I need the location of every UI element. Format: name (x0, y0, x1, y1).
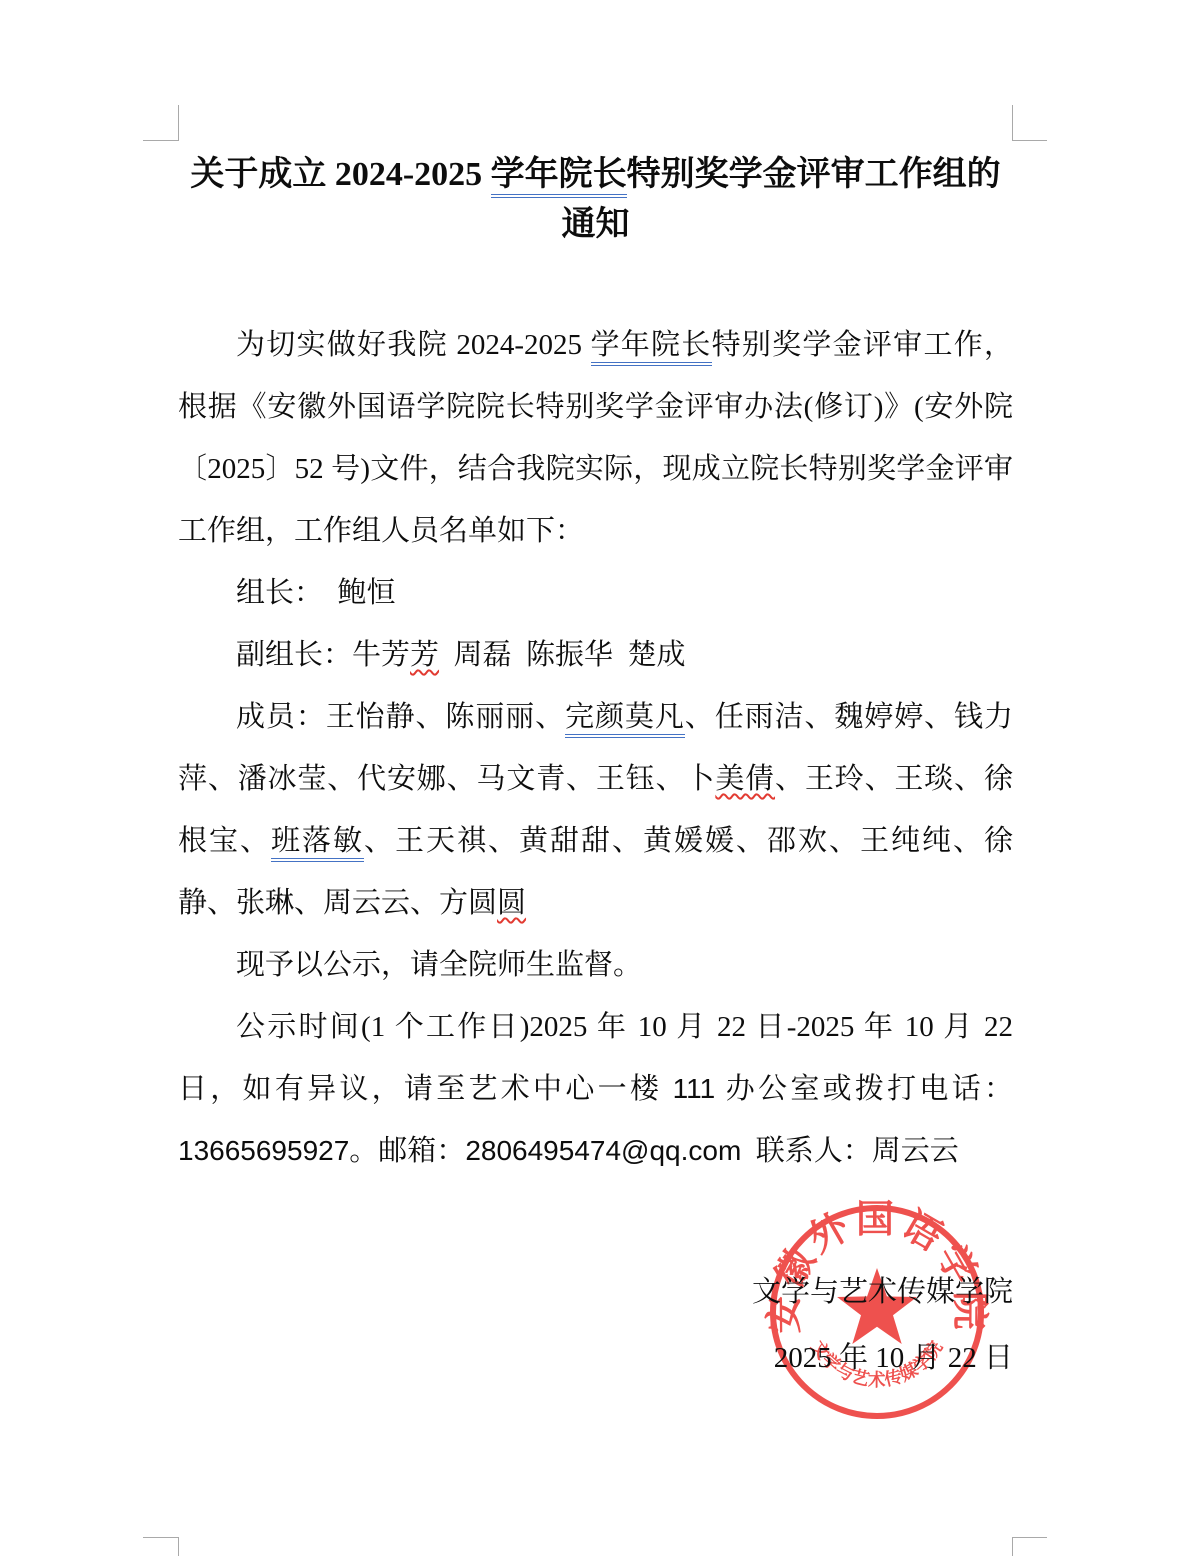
text-run: 办公室或拨打电话： (715, 1073, 1013, 1105)
signature-block: 文学与艺术传媒学院 2025 年 10 月 22 日 (752, 1259, 1013, 1391)
document-content: 关于成立 2024-2025 学年院长特别奖学金评审工作组的通知 为切实做好我院… (178, 150, 1013, 1182)
document-page: 关于成立 2024-2025 学年院长特别奖学金评审工作组的通知 为切实做好我院… (0, 0, 1183, 1556)
grammar-underlined-text: 学年院长 (491, 156, 627, 198)
signature-date: 2025 年 10 月 22 日 (752, 1325, 1013, 1391)
text-run: 为切实做好我院 2024-2025 (236, 329, 591, 361)
document-title: 关于成立 2024-2025 学年院长特别奖学金评审工作组的通知 (178, 150, 1013, 250)
text-run: 周磊 陈振华 楚成 (439, 639, 686, 671)
spellcheck-underlined-text: 圆 (497, 887, 526, 919)
crop-mark-top-left (143, 105, 179, 141)
grammar-underlined-text: 学年院长 (591, 329, 712, 366)
crop-mark-bottom-left (143, 1537, 179, 1556)
text-run: 组长： 鲍恒 (236, 577, 396, 609)
sans-number-text: 13665695927 (178, 1135, 349, 1166)
para-publicity: 现予以公示，请全院师生监督。 (178, 934, 1013, 996)
crop-mark-bottom-right (1012, 1537, 1047, 1556)
text-run: 特别奖学金评审工作组的通知 (562, 156, 1001, 243)
document-paragraphs: 为切实做好我院 2024-2025 学年院长特别奖学金评审工作，根据《安徽外国语… (178, 314, 1013, 1182)
para-group-leader: 组长： 鲍恒 (178, 562, 1013, 624)
text-run: 关于成立 2024-2025 (190, 156, 490, 193)
crop-mark-top-right (1012, 105, 1047, 141)
text-run: 成员：王怡静、陈丽丽、 (236, 701, 565, 733)
grammar-underlined-text: 完颜莫凡 (565, 701, 685, 738)
grammar-underlined-text: 班落敏 (271, 825, 364, 862)
text-run: 副组长：牛芳 (236, 639, 410, 671)
para-contact: 公示时间(1 个工作日)2025 年 10 月 22 日-2025 年 10 月… (178, 996, 1013, 1182)
text-run: 。邮箱： (349, 1135, 465, 1167)
para-members: 成员：王怡静、陈丽丽、完颜莫凡、任雨洁、魏婷婷、钱力萍、潘冰莹、代安娜、马文青、… (178, 686, 1013, 934)
text-run: 联系人：周云云 (741, 1135, 959, 1167)
para-deputy-leaders: 副组长：牛芳芳 周磊 陈振华 楚成 (178, 624, 1013, 686)
sans-number-text: 2806495474@qq.com (465, 1135, 741, 1166)
sans-number-text: 111 (673, 1073, 716, 1104)
spellcheck-underlined-text: 美倩 (715, 763, 775, 795)
text-run: 现予以公示，请全院师生监督。 (236, 949, 642, 981)
para-intro: 为切实做好我院 2024-2025 学年院长特别奖学金评审工作，根据《安徽外国语… (178, 314, 1013, 562)
signature-org: 文学与艺术传媒学院 (752, 1259, 1013, 1325)
spellcheck-underlined-text: 芳 (410, 639, 439, 671)
